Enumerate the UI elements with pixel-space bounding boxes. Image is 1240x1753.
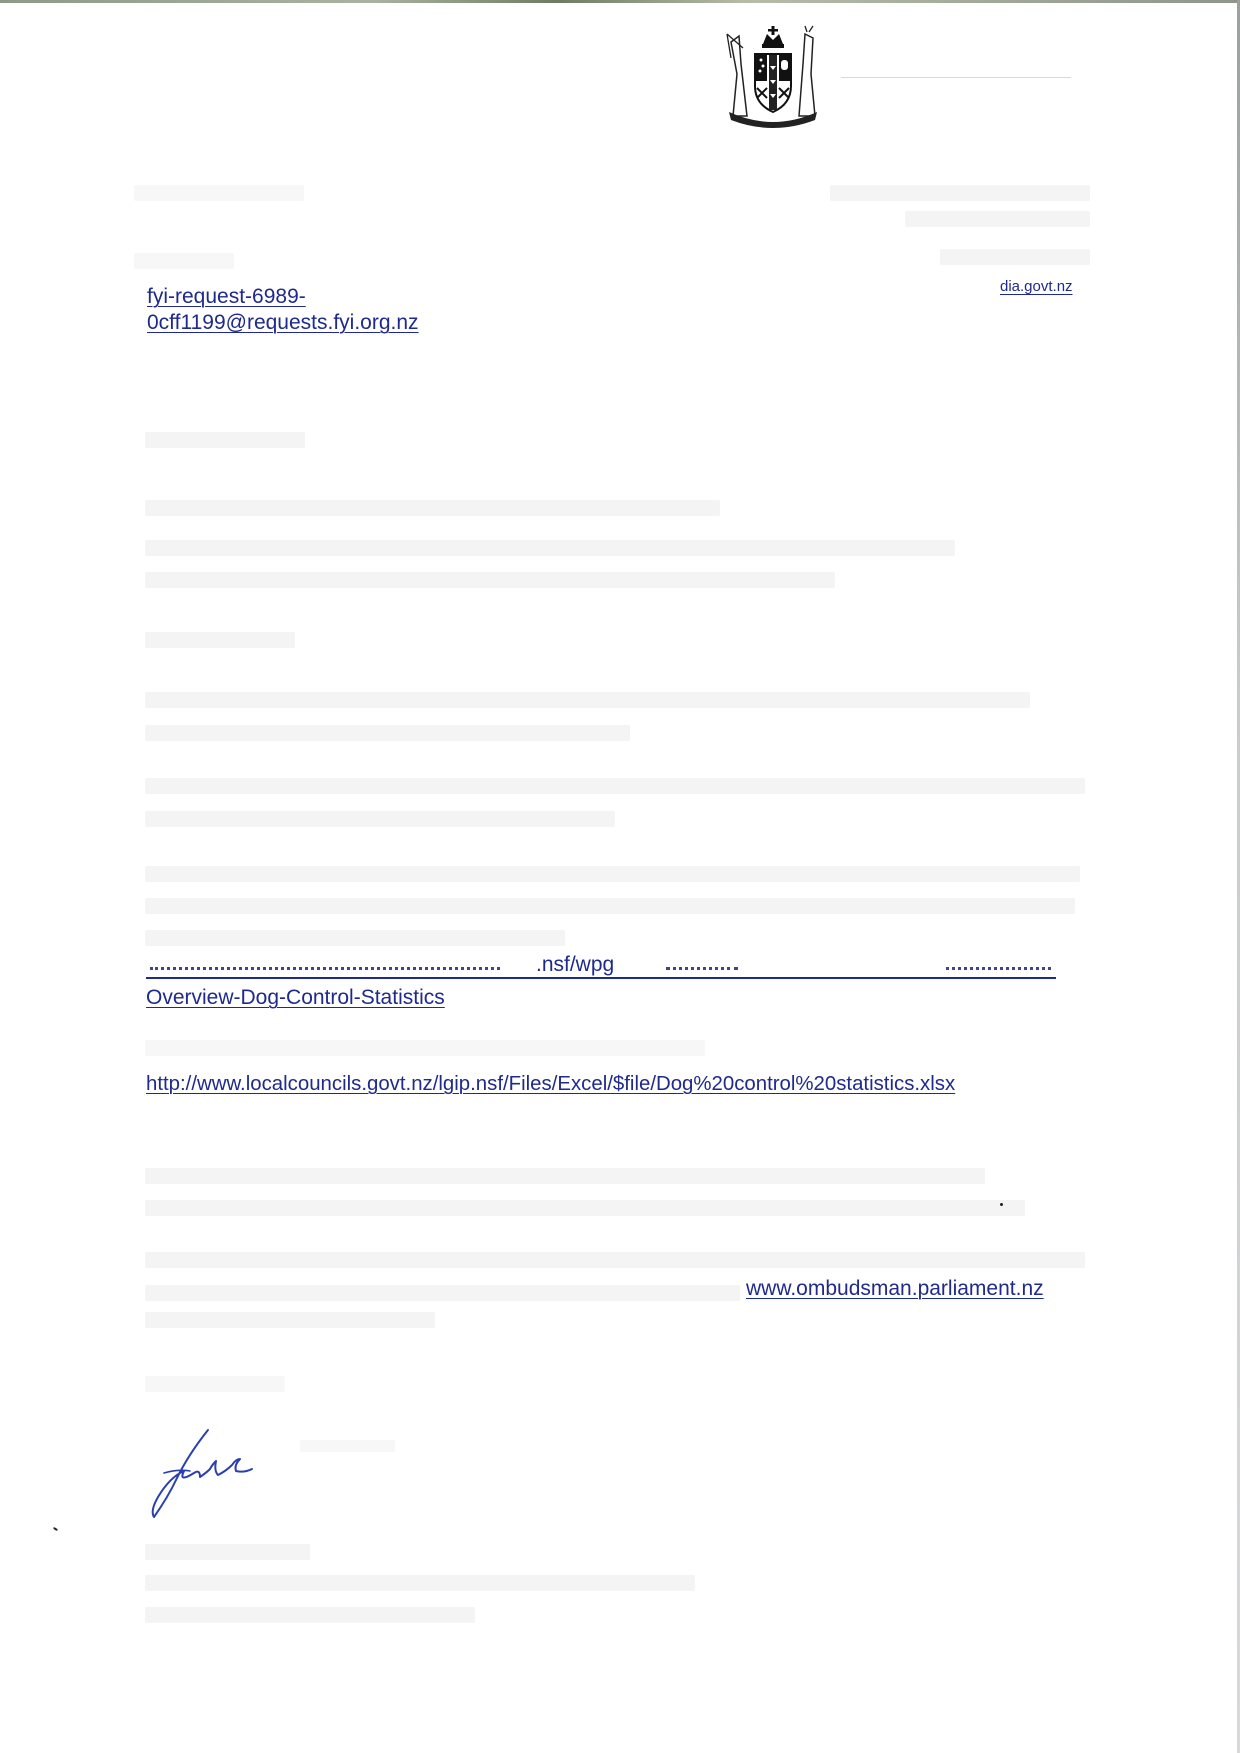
partial-url-fragment: .nsf/wpg [536, 953, 614, 977]
redacted-response-line [145, 930, 565, 946]
redacted-response-line [145, 725, 630, 741]
ombudsman-website-link[interactable]: www.ombudsman.parliament.nz [746, 1276, 1044, 1302]
redacted-signature-area [300, 1440, 395, 1452]
redacted-signatory-title [145, 1575, 695, 1591]
redacted-response-line [145, 692, 1030, 708]
scan-edge-top [0, 0, 1240, 3]
redacted-ombudsman-line [145, 1285, 740, 1301]
redacted-signatory-name [145, 1544, 310, 1560]
recipient-email-line2: 0cff1199@requests.fyi.org.nz [147, 311, 419, 334]
redacted-intro-line [145, 540, 955, 556]
redacted-response-line [145, 778, 1085, 794]
redacted-signatory-unit [145, 1607, 475, 1623]
redacted-sender-address-line [905, 211, 1090, 227]
signature [148, 1425, 288, 1520]
obscured-url-middle [666, 967, 738, 974]
obscured-url-prefix [150, 967, 500, 974]
redacted-response-line [145, 898, 1075, 914]
scan-speck [53, 1527, 58, 1532]
redacted-ref [134, 253, 234, 269]
dog-control-overview-link[interactable]: .nsf/wpg [146, 953, 1056, 979]
nz-coat-of-arms-icon [717, 24, 829, 130]
obscured-url-suffix [946, 967, 1051, 974]
redacted-sender-address-line [940, 249, 1090, 265]
redacted-sign-off [145, 1376, 285, 1392]
redacted-ombudsman-line [145, 1312, 435, 1328]
redacted-ombudsman-line [145, 1252, 1085, 1268]
redacted-response-line [145, 866, 1080, 882]
letterhead-rule [841, 77, 1071, 78]
dog-control-overview-link-line2[interactable]: Overview-Dog-Control-Statistics [146, 985, 445, 1011]
redacted-response-line [145, 811, 615, 827]
redacted-date [134, 185, 304, 201]
redacted-contact-line [145, 1200, 1025, 1216]
link-underline [146, 977, 1056, 979]
redacted-salutation [145, 432, 305, 448]
redacted-contact-line [145, 1168, 985, 1184]
redacted-sender-address-line [830, 185, 1090, 201]
redacted-intro-line [145, 572, 835, 588]
recipient-email-line1: fyi-request-6989- [147, 285, 306, 308]
recipient-email-link[interactable]: fyi-request-6989- 0cff1199@requests.fyi.… [147, 284, 419, 336]
dog-control-statistics-excel-link[interactable]: http://www.localcouncils.govt.nz/lgip.ns… [146, 1071, 955, 1097]
scan-speck [1000, 1203, 1003, 1206]
redacted-request-heading [145, 632, 295, 648]
redacted-intro-line [145, 500, 720, 516]
redacted-excel-intro [145, 1040, 705, 1056]
sender-website-link[interactable]: dia.govt.nz [1000, 274, 1073, 300]
